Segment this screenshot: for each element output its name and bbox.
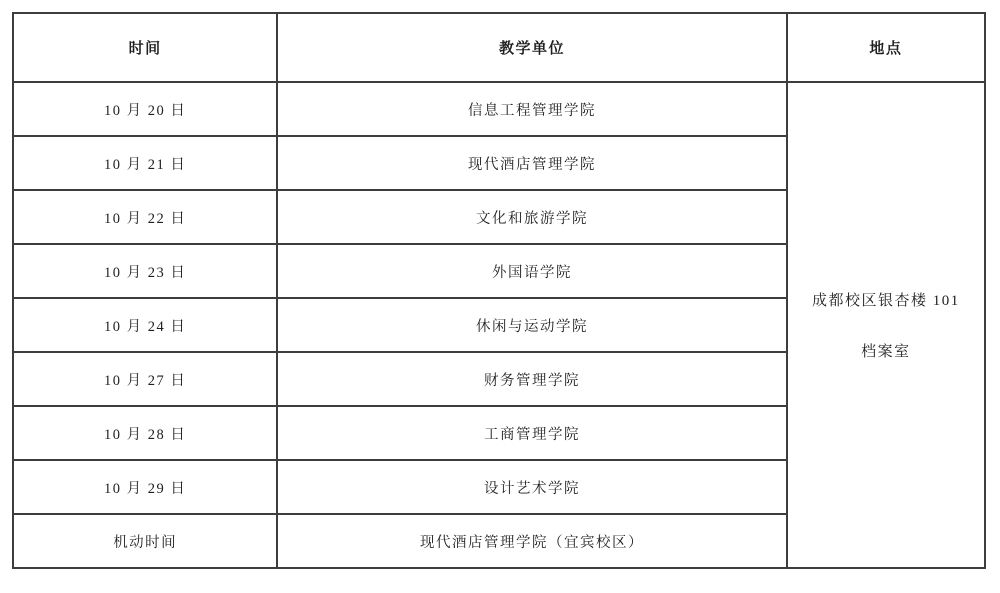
column-header-unit: 教学单位	[277, 13, 786, 82]
time-cell: 10 月 22 日	[13, 190, 277, 244]
unit-cell: 财务管理学院	[277, 352, 786, 406]
location-line-1: 成都校区银杏楼 101	[788, 289, 984, 310]
column-header-place: 地点	[787, 13, 985, 82]
location-line-2: 档案室	[788, 340, 984, 361]
table-header-row: 时间 教学单位 地点	[13, 13, 985, 82]
table-row: 10 月 20 日 信息工程管理学院 成都校区银杏楼 101 档案室	[13, 82, 985, 136]
unit-cell: 信息工程管理学院	[277, 82, 786, 136]
time-cell: 10 月 20 日	[13, 82, 277, 136]
unit-cell: 现代酒店管理学院（宜宾校区）	[277, 514, 786, 568]
unit-cell: 外国语学院	[277, 244, 786, 298]
unit-cell: 现代酒店管理学院	[277, 136, 786, 190]
time-cell: 10 月 23 日	[13, 244, 277, 298]
unit-cell: 设计艺术学院	[277, 460, 786, 514]
unit-cell: 休闲与运动学院	[277, 298, 786, 352]
schedule-table: 时间 教学单位 地点 10 月 20 日 信息工程管理学院 成都校区银杏楼 10…	[12, 12, 986, 569]
time-cell: 机动时间	[13, 514, 277, 568]
time-cell: 10 月 27 日	[13, 352, 277, 406]
unit-cell: 文化和旅游学院	[277, 190, 786, 244]
time-cell: 10 月 29 日	[13, 460, 277, 514]
time-cell: 10 月 21 日	[13, 136, 277, 190]
column-header-time: 时间	[13, 13, 277, 82]
unit-cell: 工商管理学院	[277, 406, 786, 460]
time-cell: 10 月 24 日	[13, 298, 277, 352]
location-cell: 成都校区银杏楼 101 档案室	[787, 82, 985, 568]
document-page: 时间 教学单位 地点 10 月 20 日 信息工程管理学院 成都校区银杏楼 10…	[0, 0, 1000, 593]
time-cell: 10 月 28 日	[13, 406, 277, 460]
